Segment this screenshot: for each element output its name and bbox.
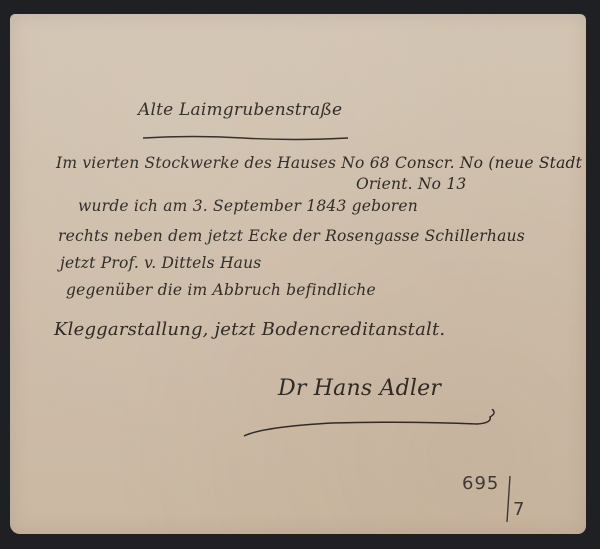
text-line-2: Orient. No 13 [356, 175, 466, 193]
text-line-1: Im vierten Stockwerke des Hauses No 68 C… [56, 154, 582, 172]
text-line-6: gegenüber die im Abbruch befindliche [66, 281, 376, 299]
document-heading: Alte Laimgrubenstraße [138, 100, 342, 120]
archive-sub-number: 7 [513, 499, 524, 520]
signature: Dr Hans Adler [278, 376, 441, 401]
signature-flourish [242, 409, 502, 439]
text-line-4: rechts neben dem jetzt Ecke der Rosengas… [58, 227, 525, 245]
archive-slash [505, 476, 513, 522]
text-line-3: wurde ich am 3. September 1843 geboren [78, 197, 418, 215]
text-line-5: jetzt Prof. v. Dittels Haus [60, 254, 261, 272]
text-line-7: Kleggarstallung, jetzt Bodencreditanstal… [54, 319, 445, 340]
archive-number: 695 [462, 473, 499, 494]
document-card: Alte Laimgrubenstraße Im vierten Stockwe… [10, 14, 586, 534]
heading-underline [143, 135, 348, 141]
